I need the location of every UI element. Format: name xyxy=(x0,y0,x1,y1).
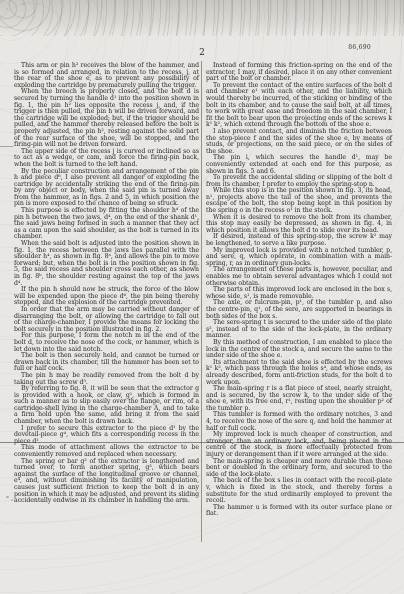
paragraph: The main-spring is cheaper and more dura… xyxy=(206,459,392,479)
scan-artifact-speck xyxy=(6,496,9,498)
paragraph: For this purpose, I form the notch m in … xyxy=(14,333,199,353)
paragraph: By the peculiar construction and arrange… xyxy=(14,169,199,209)
paragraph: The arrangement of these parts is, howev… xyxy=(206,267,392,287)
paragraph: When the breech is properly closed, and … xyxy=(14,89,199,148)
paragraph: The pin i, which secures the handle d¹, … xyxy=(206,155,392,175)
paragraph: If the pin h should now be struck, the f… xyxy=(14,287,199,307)
paragraph: While this stop is in the position shown… xyxy=(206,188,392,214)
right-column: Instead of forming this friction-spring … xyxy=(206,63,392,518)
paragraph: This purpose is effected by fitting the … xyxy=(14,208,199,241)
scan-top-band xyxy=(0,0,404,36)
paragraph: When the said bolt is adjusted into the … xyxy=(14,241,199,287)
paragraph: The bolt is then securely held, and cann… xyxy=(14,353,199,373)
paragraph: My improved lock is much cheaper of cons… xyxy=(206,432,392,458)
paragraph: The upper side of the recess j is curved… xyxy=(14,149,199,169)
paragraph: The main-spring r is a flat piece of ste… xyxy=(206,386,392,412)
column-divider xyxy=(201,61,202,542)
patent-page: 86,690 2 This arm or pin h² receives the… xyxy=(0,0,404,594)
paragraph: I also prevent contact, and diminish the… xyxy=(206,129,392,155)
paragraph: The spring or bar g² of the extractor is… xyxy=(14,459,199,505)
paragraph: By this method of construction, I am ena… xyxy=(206,340,392,360)
scan-artifact-speck xyxy=(11,499,13,501)
paragraph: If desired, instead of this spring-stop,… xyxy=(206,234,392,247)
paragraph: The sere-spring t is secured to the unde… xyxy=(206,320,392,340)
paragraph: When it is desired to remove the bolt fr… xyxy=(206,215,392,235)
paragraph: My improved lock is provided with a notc… xyxy=(206,248,392,268)
left-column: This arm or pin h² receives the blow of … xyxy=(14,63,199,505)
paragraph: This mode of attachment allows the extra… xyxy=(14,445,199,458)
paragraph: The axle, or fulcrum-pin, p¹, of the tum… xyxy=(206,300,392,320)
paragraph: This arm or pin h² receives the blow of … xyxy=(14,63,199,89)
paragraph: The hammer u is formed with its outer su… xyxy=(206,505,392,518)
paragraph: The back of the box s lies in contact wi… xyxy=(206,478,392,504)
paragraph: To prevent the contact of the entire sur… xyxy=(206,83,392,129)
paragraph: This tumbler is formed with the ordinary… xyxy=(206,412,392,432)
scan-artifact-line xyxy=(0,442,404,443)
page-number: 2 xyxy=(0,48,404,58)
paragraph: Its attachment to the said shoe is effec… xyxy=(206,360,392,386)
paragraph: In order that the arm may be carried wit… xyxy=(14,307,199,333)
scan-artifact-dash xyxy=(0,146,13,147)
paragraph: By referring to fig. 8, it will be seen … xyxy=(14,386,199,426)
paragraph: Instead of forming this friction-spring … xyxy=(206,63,392,83)
